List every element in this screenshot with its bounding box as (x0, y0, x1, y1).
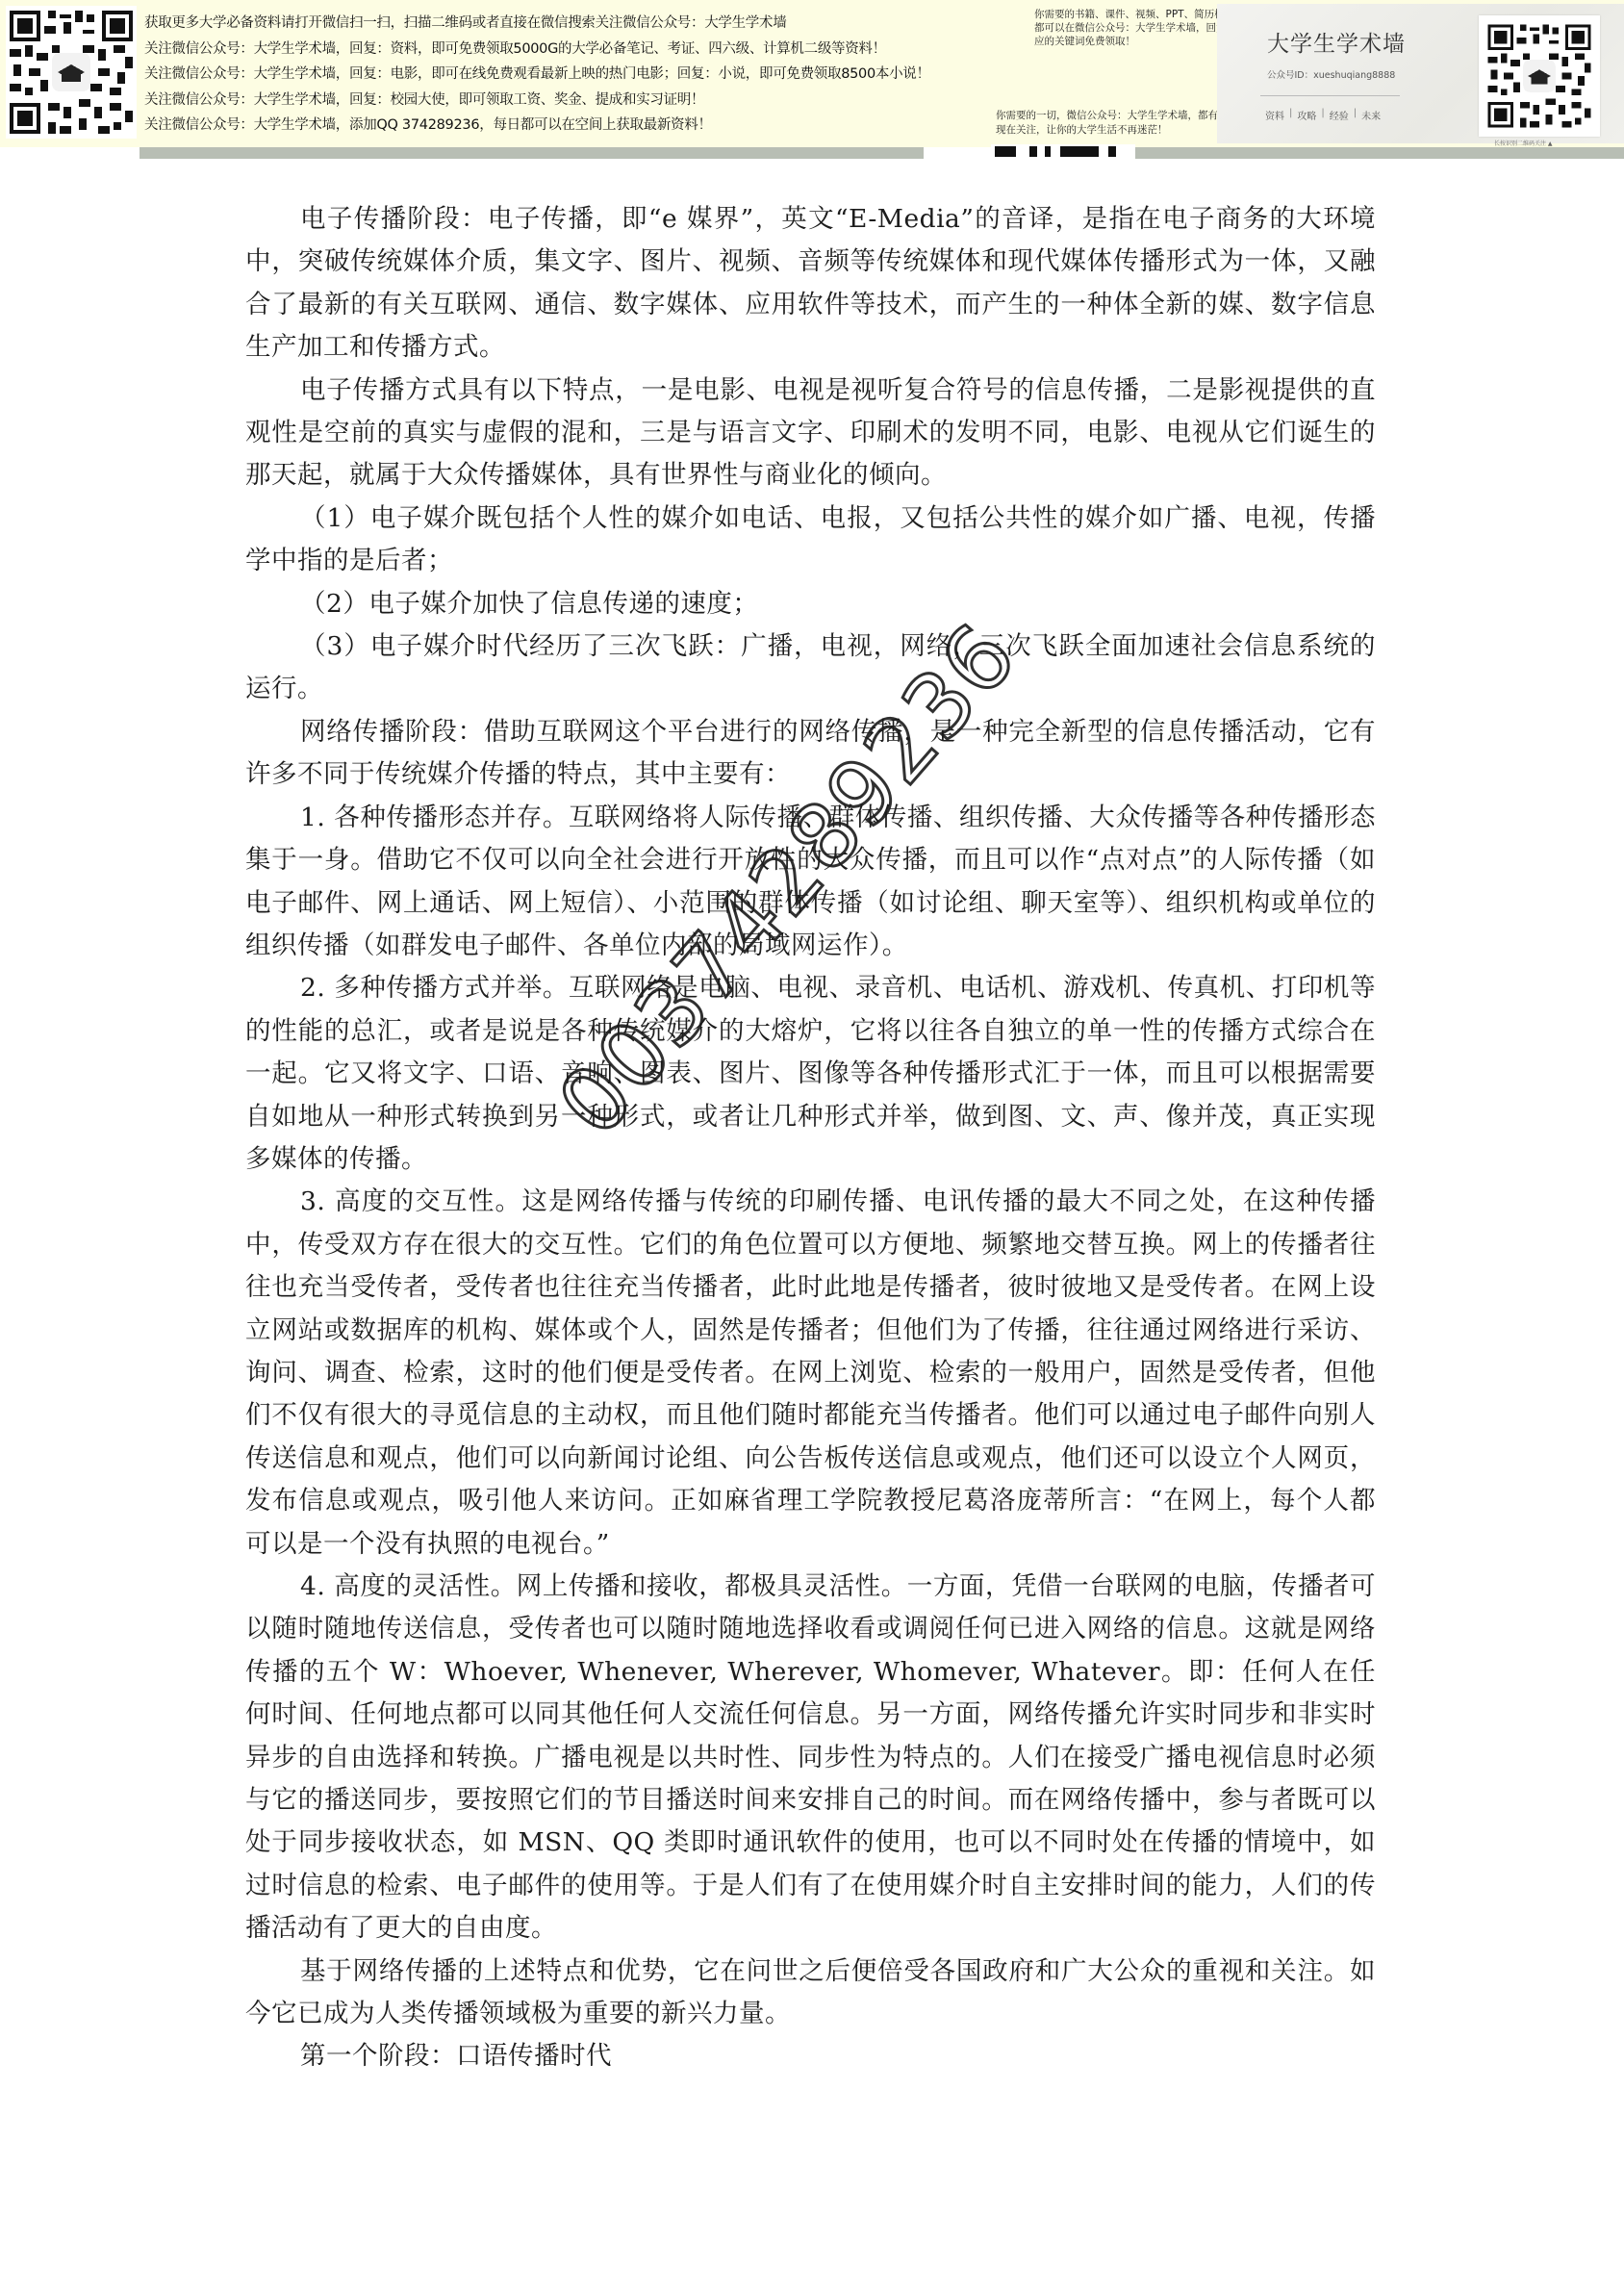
banner-line: 关注微信公众号：大学生学术墙，回复：电影，即可在线免费观看最新上映的热门电影；回… (144, 62, 930, 88)
banner-line: 关注微信公众号：大学生学术墙，回复：校园大使，即可领取工资、奖金、提成和实习证明… (144, 88, 930, 114)
nav-item-materials[interactable]: 资料 (1265, 108, 1284, 122)
qr-code-icon[interactable] (1479, 15, 1600, 137)
paragraph-conclusion: 基于网络传播的上述特点和优势，它在问世之后便倍受各国政府和广大公众的重视和关注。… (245, 1950, 1376, 2036)
paragraph-feature-4: 4. 高度的灵活性。网上传播和接收，都极具灵活性。一方面，凭借一台联网的电脑，传… (245, 1566, 1376, 1950)
promo-line: 你需要的一切，微信公众号：大学生学术墙，都有！ (996, 109, 1229, 123)
qr-code-icon[interactable] (6, 6, 137, 139)
banner-line: 关注微信公众号：大学生学术墙，添加QQ 374289236，每日都可以在空间上获… (144, 113, 930, 139)
promo-note-bottom: 你需要的一切，微信公众号：大学生学术墙，都有！ 现在关注，让你的大学生活不再迷茫… (996, 109, 1229, 138)
nav-separator: | (1321, 108, 1324, 122)
list-item-1: （1）电子媒介既包括个人性的媒介如电话、电报，又包括公共性的媒介如广播、电视，传… (245, 497, 1376, 583)
list-item-2: （2）电子媒介加快了信息传递的速度； (245, 583, 1376, 625)
nav-separator: | (1354, 108, 1357, 122)
qr-caption: 长按识别二维码关注 ▲ (1494, 139, 1553, 147)
decorative-text-fragment (991, 144, 1135, 159)
nav-item-future[interactable]: 未来 (1361, 108, 1381, 122)
paragraph-feature-3: 3. 高度的交互性。这是网络传播与传统的印刷传播、电讯传播的最大不同之处，在这种… (245, 1181, 1376, 1566)
paragraph-electronic-features: 电子传播方式具有以下特点，一是电影、电视是视听复合符号的信息传播，二是影视提供的… (245, 370, 1376, 497)
banner-promo-lines: 获取更多大学必备资料请打开微信扫一扫，扫描二维码或者直接在微信搜索关注微信公众号… (144, 11, 930, 139)
account-title: 大学生学术墙 (1267, 26, 1406, 58)
nav-item-experience[interactable]: 经验 (1330, 108, 1349, 122)
promo-banner: 获取更多大学必备资料请打开微信扫一扫，扫描二维码或者直接在微信搜索关注微信公众号… (0, 0, 1624, 159)
account-card[interactable]: 大学生学术墙 公众号ID：xueshuqiang8888 资料 | 攻略 | 经… (1217, 4, 1624, 143)
banner-line: 关注微信公众号：大学生学术墙，回复：资料，即可免费领取5000G的大学必备笔记、… (144, 37, 930, 63)
section-heading-oral-era: 第一个阶段：口语传播时代 (245, 2035, 1376, 2077)
banner-gray-strip (1135, 147, 1624, 159)
paragraph-electronic-stage: 电子传播阶段：电子传播，即“e 媒界”，英文“E-Media”的音译，是指在电子… (245, 198, 1376, 370)
promo-line: 现在关注，让你的大学生活不再迷茫！ (996, 123, 1229, 138)
paragraph-feature-1: 1. 各种传播形态并存。互联网络将人际传播、群体传播、组织传播、大众传播等各种传… (245, 797, 1376, 968)
document-body: 电子传播阶段：电子传播，即“e 媒界”，英文“E-Media”的音译，是指在电子… (245, 198, 1376, 2078)
account-id: 公众号ID：xueshuqiang8888 (1267, 67, 1395, 81)
paragraph-feature-2: 2. 多种传播方式并举。互联网络是电脑、电视、录音机、电话机、游戏机、传真机、打… (245, 967, 1376, 1181)
nav-item-guides[interactable]: 攻略 (1297, 108, 1316, 122)
list-item-3: （3）电子媒介时代经历了三次飞跃：广播，电视，网络，三次飞跃全面加速社会信息系统… (245, 625, 1376, 711)
banner-line: 获取更多大学必备资料请打开微信扫一扫，扫描二维码或者直接在微信搜索关注微信公众号… (144, 11, 930, 37)
nav-separator: | (1289, 108, 1292, 122)
banner-gray-strip (140, 147, 924, 159)
paragraph-network-stage: 网络传播阶段：借助互联网这个平台进行的网络传播，是一种完全新型的信息传播活动，它… (245, 711, 1376, 797)
divider (1260, 95, 1400, 96)
account-nav: 资料 | 攻略 | 经验 | 未来 (1265, 108, 1381, 122)
